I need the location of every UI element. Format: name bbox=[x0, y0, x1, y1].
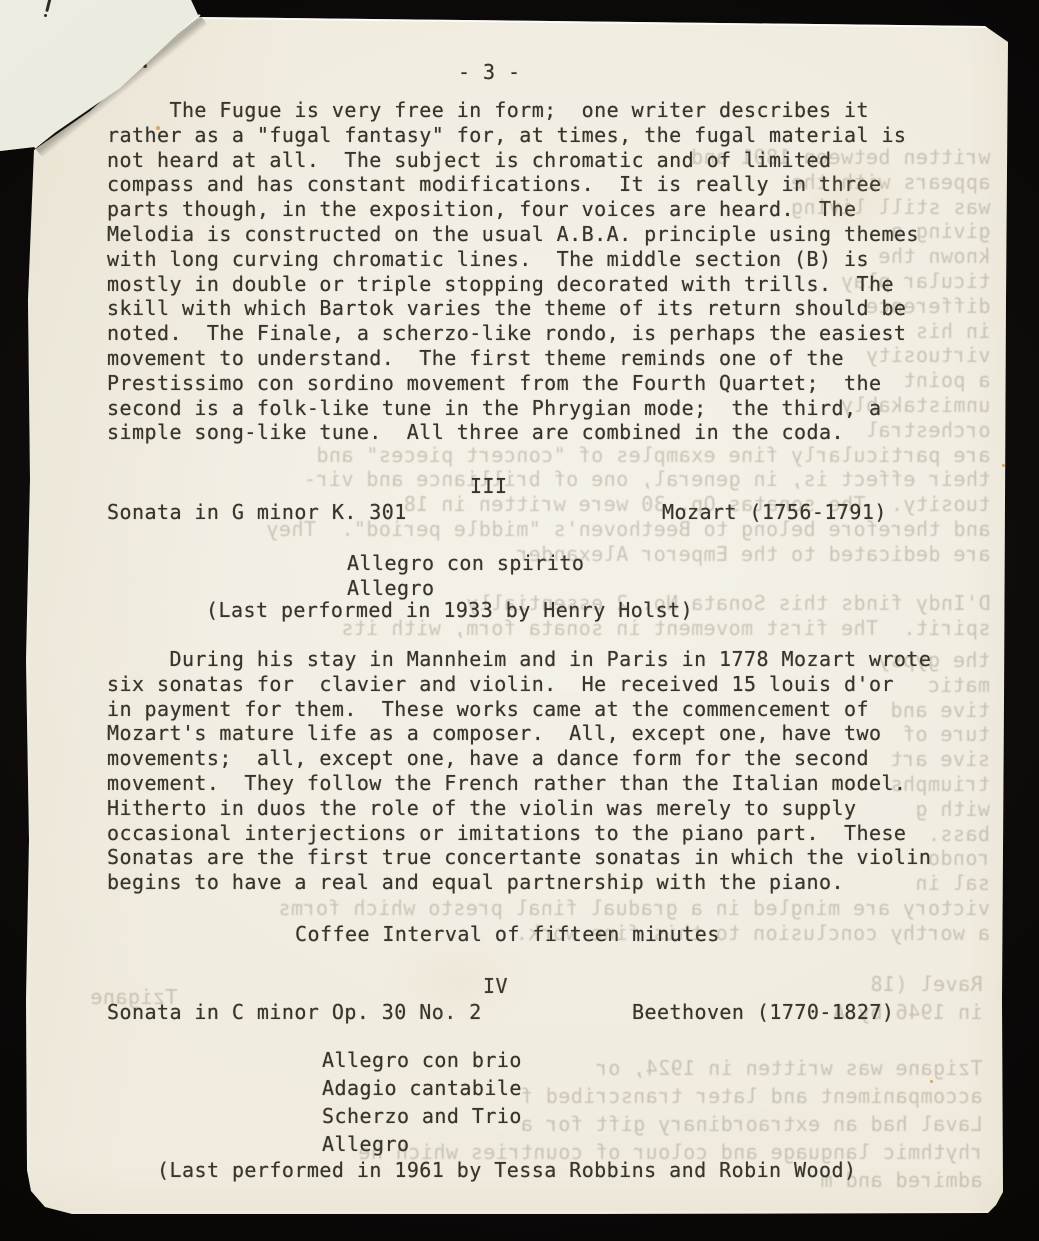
programme-page: written between 1891 and appears with th… bbox=[0, 0, 1039, 1241]
composer-mozart: Mozart (1756-1791) bbox=[662, 500, 887, 525]
typed-mark bbox=[45, 0, 52, 12]
section-heading-iv: IV bbox=[483, 974, 508, 999]
section-heading-iii: III bbox=[470, 474, 507, 499]
page-number: - 3 - bbox=[458, 60, 520, 85]
movements-mozart: Allegro con spirito Allegro bbox=[347, 551, 584, 601]
paper-fleck bbox=[930, 1080, 933, 1083]
page-bottom-edge-highlight bbox=[70, 1211, 990, 1213]
programme-note-bartok: The Fugue is very free in form; one writ… bbox=[107, 98, 919, 445]
programme-note-mozart: During his stay in Mannheim and in Paris… bbox=[107, 647, 931, 895]
work-title-mozart: Sonata in G minor K. 301 bbox=[107, 500, 407, 525]
paper-fleck bbox=[1002, 464, 1005, 467]
scanned-programme-screenshot: { "page": { "page_label": "- 3 -", "para… bbox=[0, 0, 1039, 1241]
page-top-edge-highlight bbox=[196, 16, 988, 27]
paper-fleck bbox=[156, 126, 160, 130]
performance-note-beethoven: (Last performed in 1961 by Tessa Robbins… bbox=[157, 1158, 857, 1183]
typed-mark-dot bbox=[44, 14, 47, 17]
interval-line: Coffee Interval of fifteen minutes bbox=[295, 922, 720, 947]
movements-beethoven: Allegro con brio Adagio cantabile Scherz… bbox=[322, 1046, 522, 1158]
composer-beethoven: Beethoven (1770-1827) bbox=[632, 1000, 894, 1025]
performance-note-mozart: (Last performed in 1933 by Henry Holst) bbox=[206, 598, 693, 623]
page-left-rough-edge bbox=[26, 150, 30, 1195]
work-title-beethoven: Sonata in C minor Op. 30 No. 2 bbox=[107, 1000, 482, 1025]
